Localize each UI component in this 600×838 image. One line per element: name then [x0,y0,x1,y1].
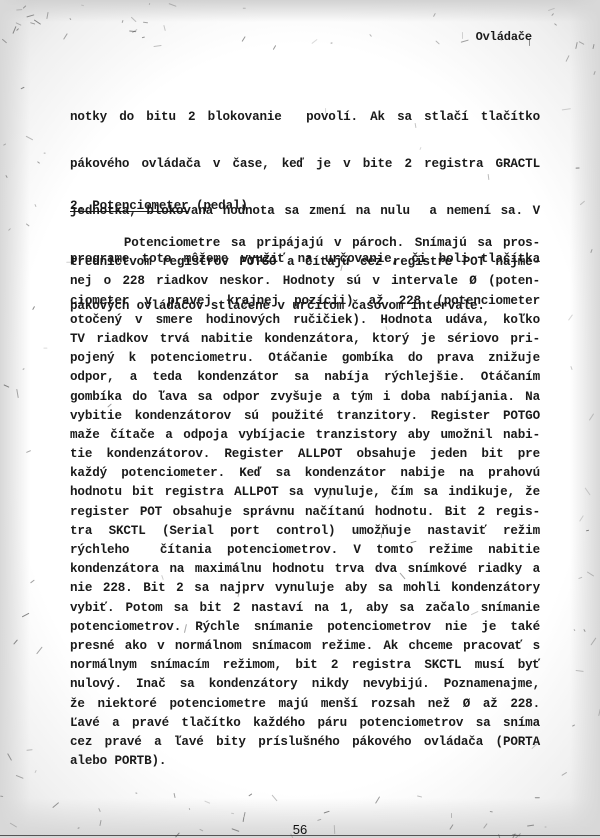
scan-speck [369,34,371,37]
text-line: že niektoré potenciometre majú menší roz… [70,695,540,714]
scan-speck [27,749,33,751]
scan-speck [243,8,246,9]
scanned-page: Ovládače notky do bitu 2 blokovanie povo… [0,0,600,838]
scan-speck [129,30,136,32]
text-line: nie 228. Bit 2 sa najprv vynuluje aby sa… [70,579,540,598]
scan-speck [35,204,37,207]
text-line: rýchleho čítania potenciometrov. V tomto… [70,541,540,560]
scan-shadow-top [0,0,600,22]
text-line: register POT obsahuje správnu načítanú h… [70,503,540,522]
text-line: gombíka do ľava sa odpor zvyšuje a tým i… [70,388,540,407]
section-heading: 2. Potenciometer (pedal) [70,197,248,216]
text-line: tie kondenzátorov. Register ALLPOT obsah… [70,445,540,464]
scan-speck [462,32,463,39]
text-line: otočený v smere hodinových ručičiek). Ho… [70,311,540,330]
scan-speck [562,771,567,775]
text-line: hodnotu bit registra ALLPOT sa vynuluje,… [70,483,540,502]
scan-speck [154,45,162,47]
scan-speck [30,579,34,583]
scan-speck [311,39,317,44]
scan-speck [435,40,439,44]
text-line: normálnym snímacím režimom, bit 2 regist… [70,656,540,675]
scan-speck [30,23,35,25]
scan-speck [330,42,332,43]
text-line: vybitie kondenzátorov sú použité tranzit… [70,407,540,426]
scan-speck [242,36,246,42]
text-line: pákového ovládača v čase, keď je v bite … [70,155,540,174]
scan-speck [34,770,36,773]
text-line: pojený k potenciometru. Otáčanie gombíka… [70,349,540,368]
text-line: kondenzátora na maximálnu hodnotu trva d… [70,560,540,579]
text-line: nej o 228 riadkov neskor. Hodnoty sú v i… [70,272,540,291]
text-line: maže čítače a odpoja vybíjacie tranzisto… [70,426,540,445]
text-line: tra SKCTL (Serial port control) umožňuje… [70,522,540,541]
scan-speck [63,33,67,39]
scan-speck [32,306,35,310]
text-line: Ľavé a pravé tlačítko každého páru poten… [70,714,540,733]
text-line: nulový. Inač sa kondenzátory nikdy nevyb… [70,675,540,694]
scan-speck [37,161,40,164]
text-line: Potenciometre sa pripájajú v pároch. Sní… [70,234,540,253]
text-line: ciometer v pravej krajnej pozícii) až 22… [70,292,540,311]
text-line: presné ako v normálnom snímacom režime. … [70,637,540,656]
text-line: odpor, a teda kondenzátor sa nabíja rých… [70,368,540,387]
body-paragraph: Potenciometre sa pripájajú v pároch. Sní… [70,234,540,771]
scan-speck [273,45,276,50]
scan-speck [43,152,45,153]
scan-speck [121,20,123,24]
text-line: každý potenciometer. Keď sa kondenzátor … [70,464,540,483]
scan-speck [44,348,48,349]
text-line: cez pravé a ľavé bity príslušného pákové… [70,733,540,752]
section-heading-title: 2. Potenciometer [70,199,189,213]
scan-shadow-left [0,0,30,838]
scan-speck [173,793,175,798]
text-line: tredníctvom registrov POTGO a čítajú cez… [70,253,540,272]
scan-speck [554,23,557,26]
section-heading-suffix: (pedal) [189,199,248,213]
text-line: TV riadkov trvá nabitie kondenzátora, kt… [70,330,540,349]
scan-speck [451,813,452,818]
scan-shadow-right [570,0,600,838]
scan-speck [143,22,148,24]
scan-speck [81,4,84,6]
text-line: potenciometrov. Rýchle snímanie potencio… [70,618,540,637]
scan-speck [565,55,569,62]
page-number: 56 [0,822,600,837]
scan-speck [135,793,137,795]
scan-speck [36,646,42,653]
text-line: alebo PORTB). [70,752,540,771]
text-line: vybiť. Potom sa bit 2 nastaví na 1, aby … [70,599,540,618]
scan-speck [460,40,468,43]
scan-speck [142,36,145,38]
text-line: notky do bitu 2 blokovanie povolí. Ak sa… [70,108,540,127]
scan-speck [242,817,244,822]
scan-speck [249,793,253,796]
running-header: Ovládače [476,30,532,44]
scan-speck [163,25,165,31]
